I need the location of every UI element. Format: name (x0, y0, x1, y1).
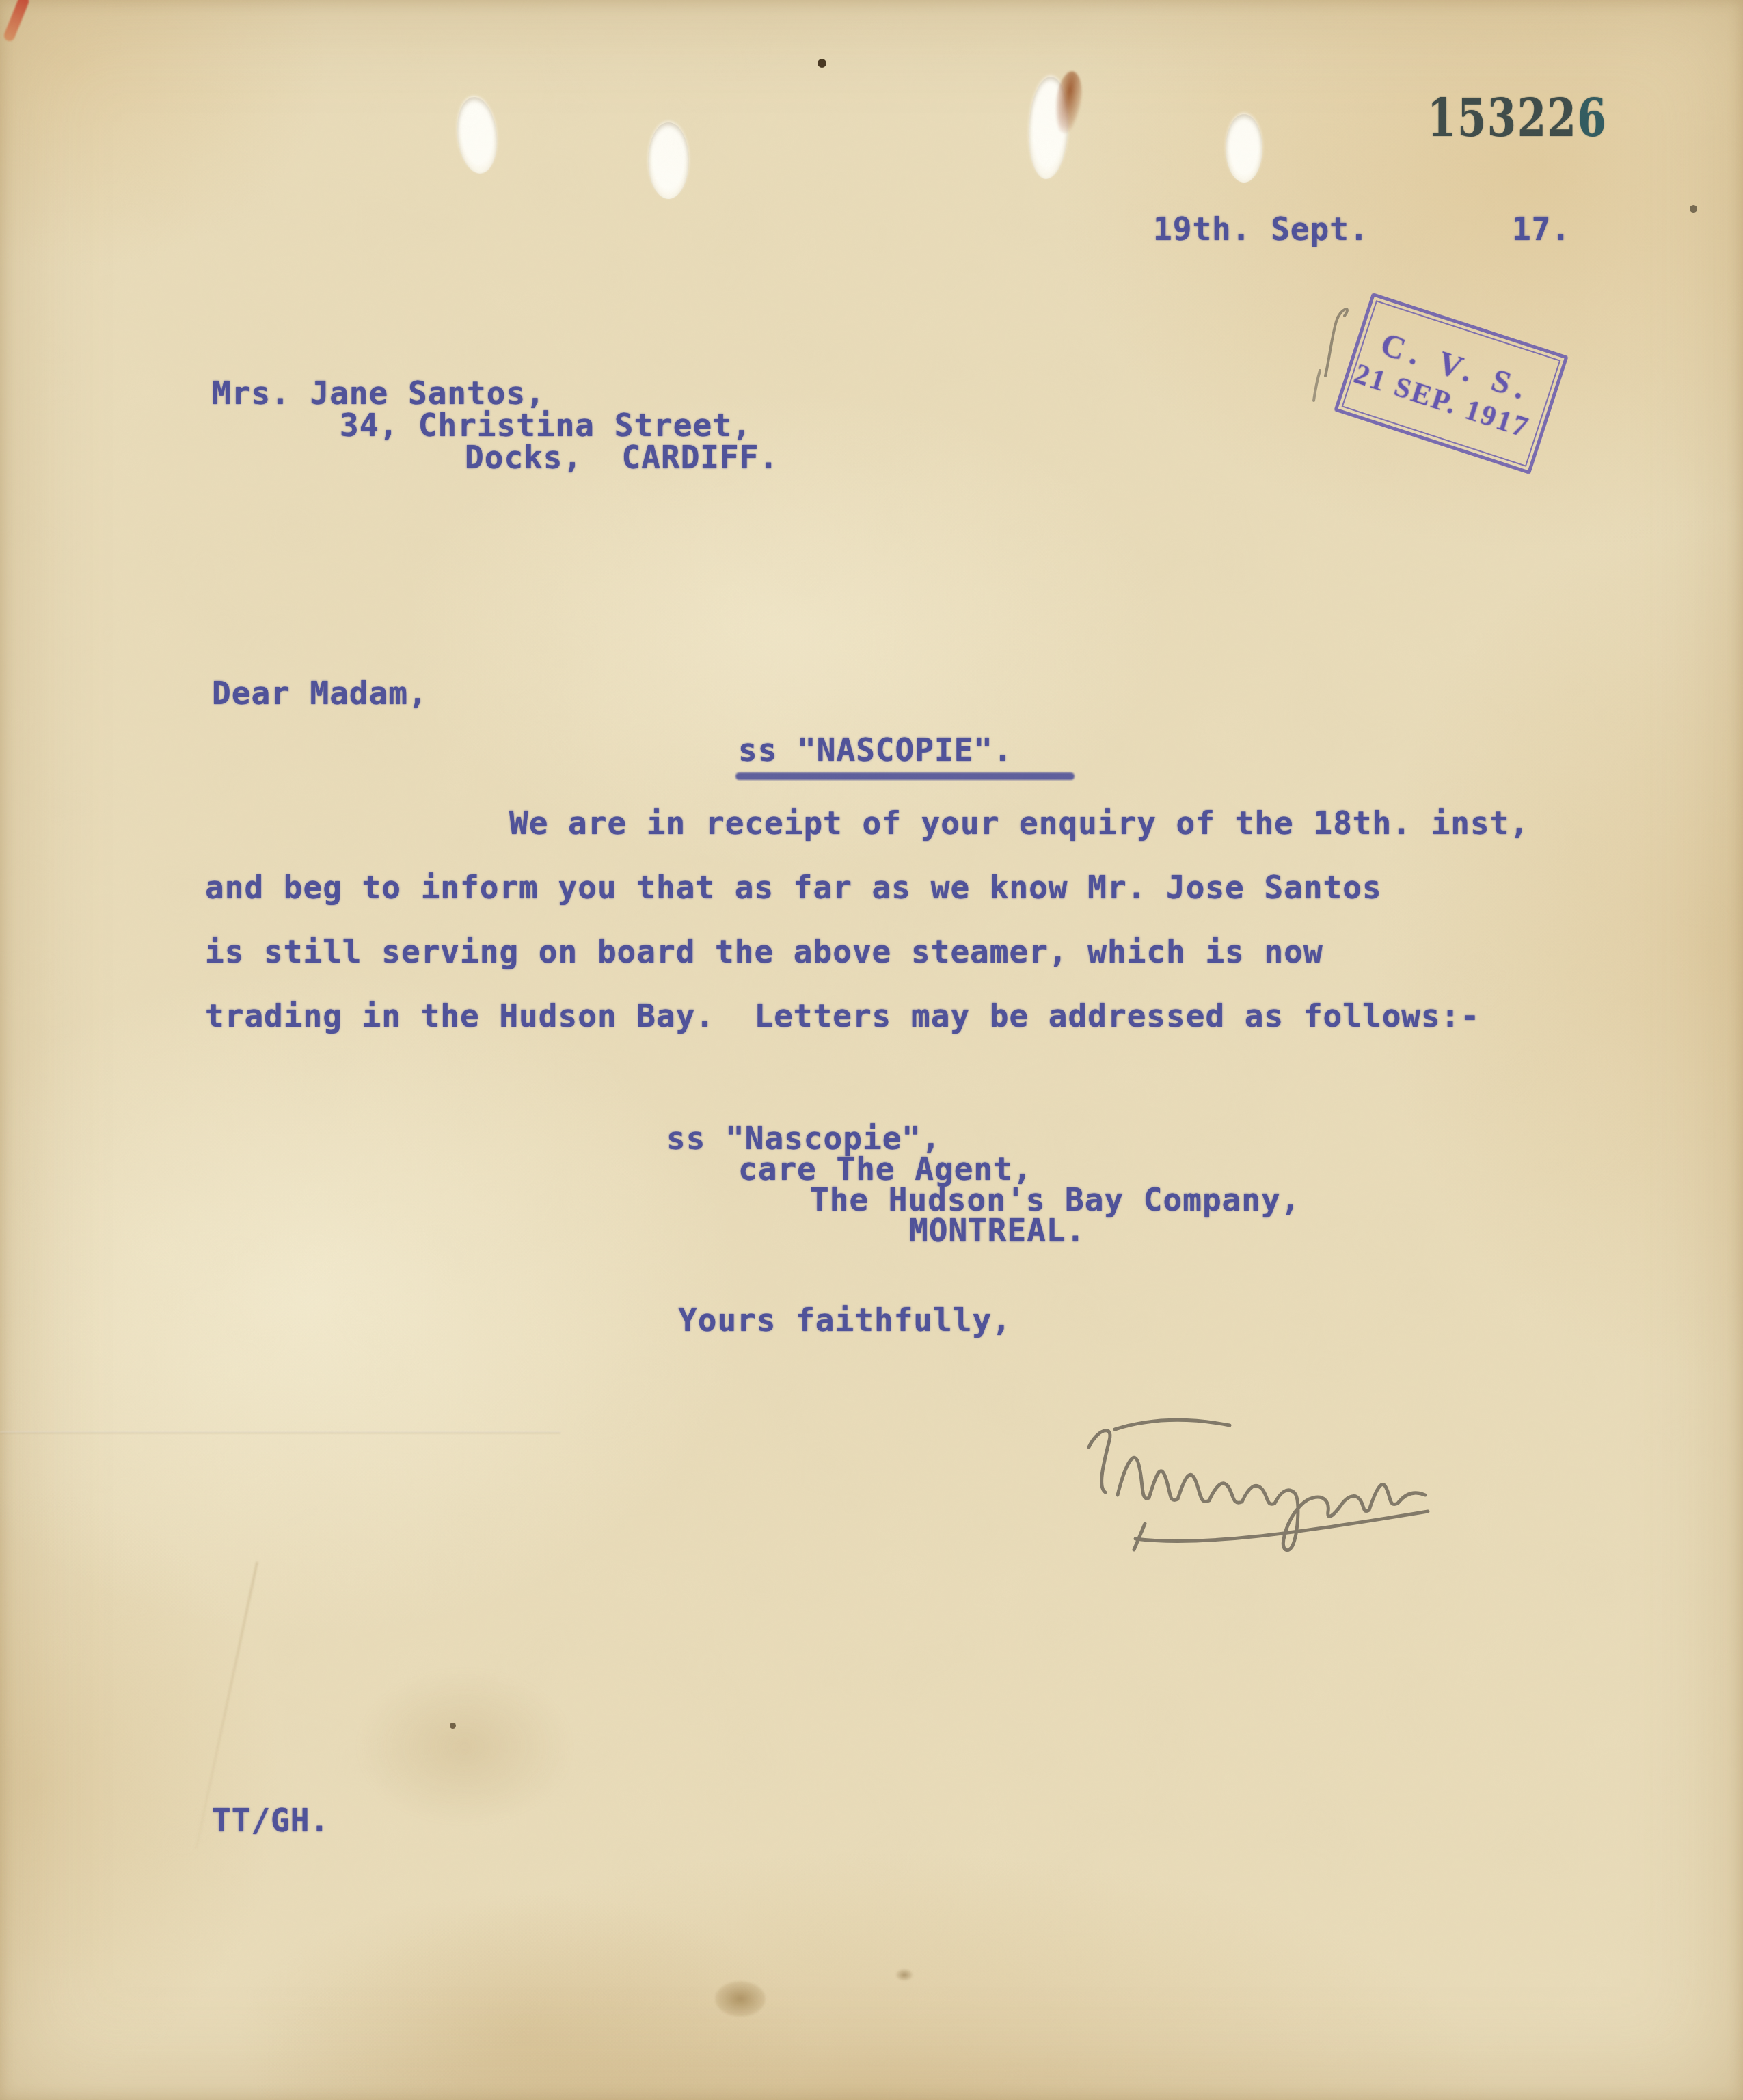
received-date-stamp: C. V. S. 21 SEP. 1917 (1334, 293, 1568, 474)
body-line: We are in receipt of your enquiry of the… (205, 791, 1529, 855)
subject-line: ss "NASCOPIE". (738, 734, 1013, 766)
punch-hole (1226, 114, 1262, 183)
paper-stain (895, 1969, 913, 1981)
paper-stain (355, 1668, 574, 1825)
ink-speck (818, 59, 826, 68)
reference-initials: TT/GH. (212, 1805, 329, 1836)
paper-grain-texture (0, 0, 1743, 2100)
date-day-month: 19th. Sept. (1153, 213, 1369, 245)
recipient-line: Mrs. Jane Santos, (212, 377, 545, 409)
recipient-line: 34, Christina Street, (340, 409, 752, 441)
recipient-line: Docks, CARDIFF. (465, 442, 779, 473)
subject-underline (735, 772, 1075, 780)
paper-stain (715, 1981, 766, 2017)
letter-page: 153226 19th. Sept. 17. Mrs. Jane Santos,… (0, 0, 1743, 2100)
punch-hole (1026, 76, 1071, 180)
body-line: and beg to inform you that as far as we … (205, 855, 1529, 919)
ink-speck (450, 1723, 456, 1729)
closing: Yours faithfully, (678, 1304, 1012, 1336)
serial-number: 153226 (1427, 87, 1607, 148)
ink-speck (1690, 205, 1697, 213)
body-line: is still serving on board the above stea… (205, 919, 1529, 984)
paper-crease (0, 1431, 560, 1433)
body-paragraph: We are in receipt of your enquiry of the… (205, 791, 1529, 1048)
salutation: Dear Madam, (212, 677, 428, 709)
forwarding-line: The Hudson's Bay Company, (810, 1184, 1300, 1215)
forwarding-line: ss "Nascopie", (666, 1122, 941, 1154)
punch-hole (453, 95, 500, 175)
body-line: trading in the Hudson Bay. Letters may b… (205, 984, 1529, 1048)
serial-number-prefix: 15322 (1427, 87, 1578, 148)
serial-number-last-digit: 6 (1578, 87, 1608, 148)
received-date-stamp-frame: C. V. S. 21 SEP. 1917 (1342, 300, 1561, 467)
forwarding-line: care The Agent, (738, 1153, 1032, 1185)
date-year: 17. (1512, 213, 1571, 245)
punch-hole (648, 122, 689, 199)
forwarding-line: MONTREAL. (909, 1215, 1085, 1246)
signature (1070, 1405, 1459, 1562)
red-edge-mark (2, 0, 30, 42)
